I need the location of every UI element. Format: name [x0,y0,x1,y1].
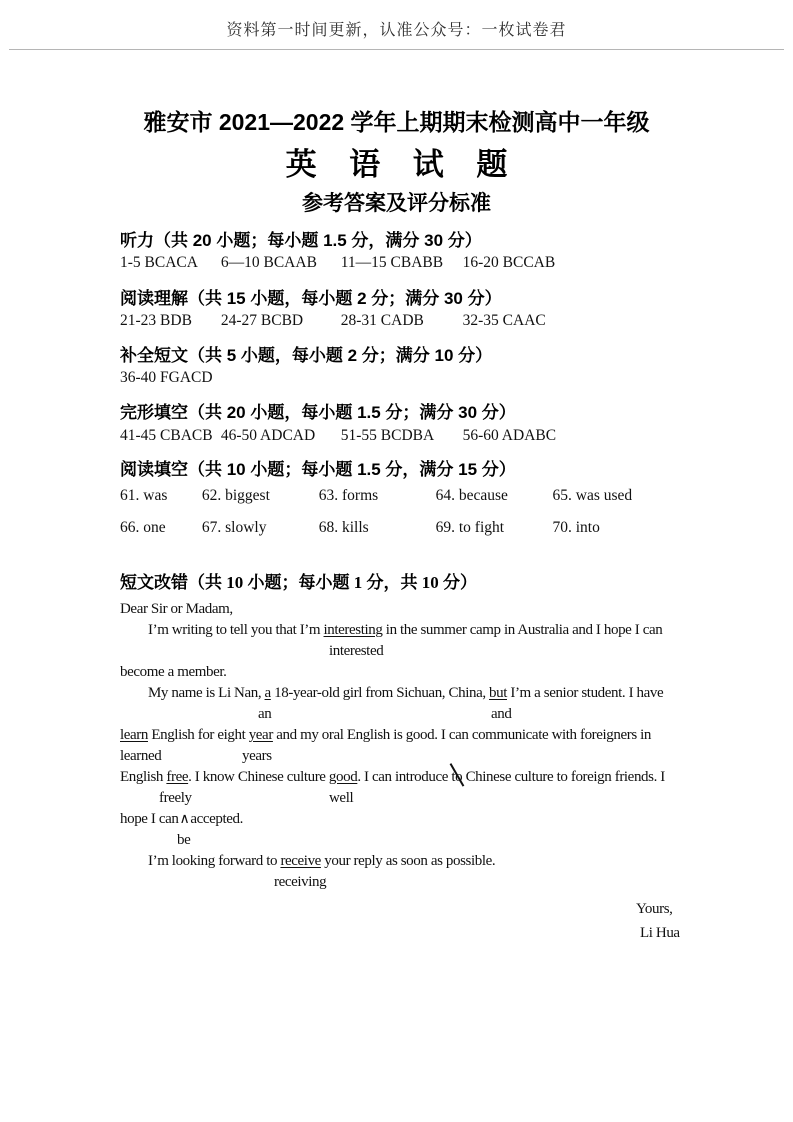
letter-closing: Yours, [636,899,673,920]
letter-salutation: Dear Sir or Madam, [120,599,673,620]
error-word: receive [280,853,321,869]
correction-word: years [242,746,272,767]
letter-text: . I know Chinese culture [188,769,329,785]
answer-item: 64. because [436,488,549,504]
section-passage-completion: 补全短文（共 5 小题，每小题 2 分；满分 10 分） 36-40 FGACD [120,345,673,386]
letter-text: My name is Li Nan, [148,685,265,701]
letter-text: in the summer camp in Australia and I ho… [382,622,662,638]
exam-title: 雅安市 2021—2022 学年上期期末检测高中一年级 [0,107,793,137]
exam-answer-document: 资料第一时间更新，认准公众号：一枚试卷君 雅安市 2021—2022 学年上期期… [0,0,793,1122]
letter-line: My name is Li Nan, a 18-year-old girl fr… [120,683,673,704]
correction-word: be [177,830,190,851]
answer-item: 65. was used [553,488,633,504]
paper-title: 英 语 试 题 [0,145,793,185]
letter-text: hope I can [120,811,178,827]
listening-answers: 1-5 BCACA 6—10 BCAAB 11—15 CBABB 16-20 B… [120,255,673,271]
correction-row: be [120,830,673,851]
header-rule [9,49,784,50]
correction-letter: Dear Sir or Madam, I’m writing to tell y… [120,599,673,944]
completion-section-heading: 补全短文（共 5 小题，每小题 2 分；满分 10 分） [120,345,673,367]
letter-text: Chinese culture to foreign friends. I [462,769,665,785]
letter-line: I’m writing to tell you that I’m interes… [120,620,673,641]
cloze-answers: 41-45 CBACB 46-50 ADCAD 51-55 BCDBA 56-6… [120,428,673,444]
correction-word: an [258,704,271,725]
answer-item: 67. slowly [202,520,315,536]
gapfill-answers-row2: 66. one 67. slowly 68. kills 69. to figh… [120,520,673,536]
error-word: but [489,685,507,701]
watermark-text: 资料第一时间更新，认准公众号：一枚试卷君 [226,22,566,39]
error-word: good [329,769,357,785]
correction-row: receiving [120,872,673,893]
answer-group: 16-20 BCCAB [463,255,556,271]
answer-group: 21-23 BDB [120,313,217,329]
reading-answers: 21-23 BDB 24-27 BCBD 28-31 CADB 32-35 CA… [120,313,673,329]
answer-group: 46-50 ADCAD [221,428,337,444]
correction-word: learned [120,746,161,767]
correction-section-heading: 短文改错（共 10 小题；每小题 1 分，共 10 分） [120,572,673,594]
completion-answers: 36-40 FGACD [120,370,673,386]
answer-item: 69. to fight [436,520,549,536]
document-body: 听力（共 20 小题；每小题 1.5 分，满分 30 分） 1-5 BCACA … [0,230,793,944]
letter-text: I’m writing to tell you that I’m [148,622,324,638]
section-listening: 听力（共 20 小题；每小题 1.5 分，满分 30 分） 1-5 BCACA … [120,230,673,271]
answer-key-subtitle: 参考答案及评分标准 [0,190,793,217]
letter-text: 18-year-old girl from Sichuan, China, [271,685,489,701]
deleted-word: to [451,767,462,788]
reading-section-heading: 阅读理解（共 15 小题，每小题 2 分；满分 30 分） [120,288,673,310]
letter-signature: Li Hua [640,923,673,944]
answer-group: 28-31 CADB [341,313,459,329]
answer-group: 36-40 FGACD [120,370,217,386]
answer-group: 24-27 BCBD [221,313,337,329]
watermark-header: 资料第一时间更新，认准公众号：一枚试卷君 [0,0,793,40]
answer-group: 1-5 BCACA [120,255,217,271]
letter-text: and my oral English is good. I can commu… [273,727,651,743]
error-word: learn [120,727,148,743]
correction-row: learned years [120,746,673,767]
answer-group: 32-35 CAAC [463,313,546,329]
correction-row: freely well [120,788,673,809]
correction-word: well [329,788,353,809]
answer-item: 61. was [120,488,198,504]
letter-line: English free. I know Chinese culture goo… [120,767,673,788]
letter-text: . I can introduce [357,769,451,785]
answer-group: 51-55 BCDBA [341,428,459,444]
correction-word: receiving [274,872,326,893]
answer-item: 62. biggest [202,488,315,504]
answer-group: 11—15 CBABB [341,255,459,271]
section-reading-comprehension: 阅读理解（共 15 小题，每小题 2 分；满分 30 分） 21-23 BDB … [120,288,673,329]
error-word: year [249,727,273,743]
answer-item: 66. one [120,520,198,536]
letter-text: I’m looking forward to [148,853,280,869]
letter-text: I’m a senior student. I have [507,685,663,701]
correction-word: interested [329,641,383,662]
section-gap-filling: 阅读填空（共 10 小题；每小题 1.5 分，满分 15 分） 61. was … [120,459,673,536]
answer-item: 70. into [553,520,600,536]
insertion-caret: ∧ [178,811,190,827]
section-cloze: 完形填空（共 20 小题，每小题 1.5 分；满分 30 分） 41-45 CB… [120,402,673,444]
section-error-correction: 短文改错（共 10 小题；每小题 1 分，共 10 分） Dear Sir or… [120,572,673,944]
letter-text: English [120,769,166,785]
gapfill-answers-row1: 61. was 62. biggest 63. forms 64. becaus… [120,488,673,504]
letter-line: become a member. [120,662,673,683]
error-word: free [166,769,188,785]
letter-text: English for eight [148,727,249,743]
correction-row: interested [120,641,673,662]
letter-line: hope I can∧accepted. [120,809,673,830]
correction-row: an and [120,704,673,725]
letter-line: I’m looking forward to receive your repl… [120,851,673,872]
letter-text: your reply as soon as possible. [321,853,495,869]
correction-word: and [491,704,511,725]
error-word: interesting [324,622,383,638]
answer-group: 6—10 BCAAB [221,255,337,271]
letter-text: accepted. [190,811,243,827]
gapfill-section-heading: 阅读填空（共 10 小题；每小题 1.5 分，满分 15 分） [120,459,673,481]
answer-group: 41-45 CBACB [120,428,217,444]
answer-group: 56-60 ADABC [463,428,556,444]
answer-item: 68. kills [319,520,432,536]
listening-section-heading: 听力（共 20 小题；每小题 1.5 分，满分 30 分） [120,230,673,252]
cloze-section-heading: 完形填空（共 20 小题，每小题 1.5 分；满分 30 分） [120,402,673,424]
answer-item: 63. forms [319,488,432,504]
correction-word: freely [159,788,192,809]
letter-line: learn English for eight year and my oral… [120,725,673,746]
